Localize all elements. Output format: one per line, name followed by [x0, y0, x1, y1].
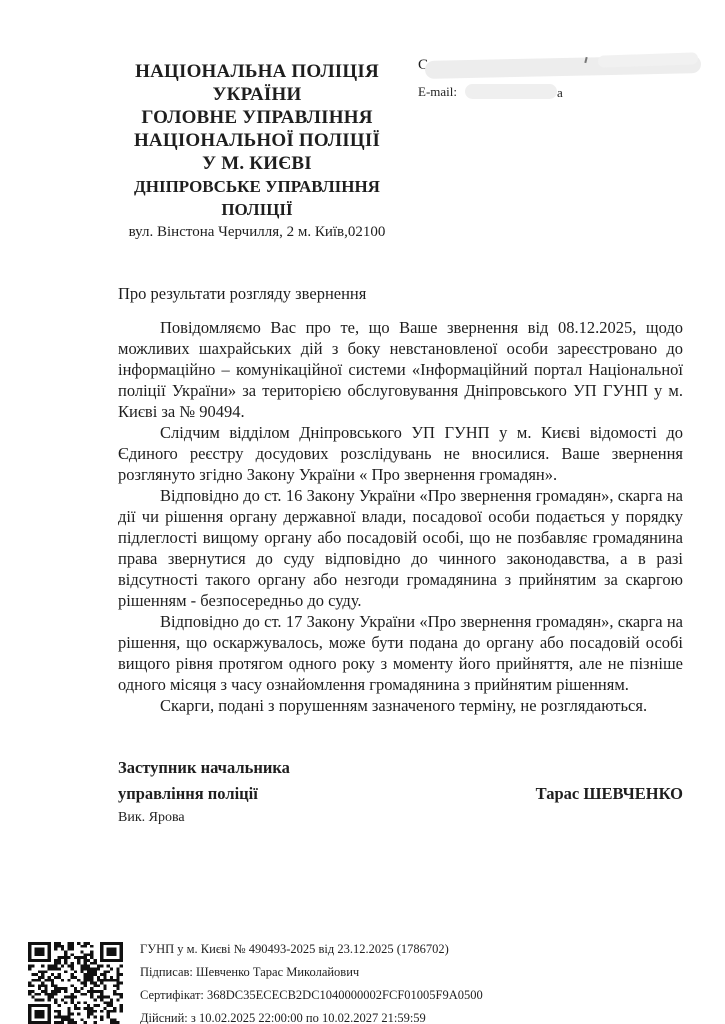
org-name-line: НАЦІОНАЛЬНОЇ ПОЛІЦІЇ — [118, 129, 396, 152]
redaction-bar — [465, 84, 557, 99]
paragraph: Скарги, подані з порушенням зазначеного … — [118, 695, 683, 716]
email-line: E-mail: a — [418, 84, 718, 104]
org-name-line: У М. КИЄВІ — [118, 152, 396, 175]
contact-block: С E-mail: a — [418, 57, 718, 104]
org-address: вул. Вінстона Черчилля, 2 м. Київ,02100 — [118, 222, 396, 242]
signatory-name: Тарас ШЕВЧЕНКО — [536, 781, 683, 807]
subject-line: Про результати розгляду звернення — [118, 284, 366, 304]
org-name-line: УКРАЇНИ — [118, 83, 396, 106]
email-label: E-mail: — [418, 84, 457, 99]
certificate-line: Сертифікат: 368DC35ECECB2DC1040000002FCF… — [140, 984, 680, 1007]
paragraph: Відповідно до ст. 17 Закону України «Про… — [118, 611, 683, 695]
org-department-line: ДНІПРОВСЬКЕ УПРАВЛІННЯ — [118, 175, 396, 198]
org-department-line: ПОЛІЦІЇ — [118, 198, 396, 221]
contact-line-redacted: С — [418, 57, 718, 84]
paragraph: Слідчим відділом Дніпровського УП ГУНП у… — [118, 422, 683, 485]
signature-block: Заступник начальника управління поліції … — [118, 755, 683, 807]
letterhead: НАЦІОНАЛЬНА ПОЛІЦІЯ УКРАЇНИ ГОЛОВНЕ УПРА… — [118, 60, 396, 242]
signatory-title-line: управління поліції — [118, 781, 290, 807]
qr-code — [28, 942, 123, 1024]
letter-body: Повідомляємо Вас про те, що Ваше звернен… — [118, 317, 683, 716]
document-page: НАЦІОНАЛЬНА ПОЛІЦІЯ УКРАЇНИ ГОЛОВНЕ УПРА… — [0, 0, 725, 1024]
executor-note: Вик. Ярова — [118, 810, 185, 826]
stamp-text: ГУНП у м. Києві № 490493-2025 від 23.12.… — [140, 938, 680, 1024]
email-visible-tail: a — [557, 85, 563, 101]
org-name-line: ГОЛОВНЕ УПРАВЛІННЯ — [118, 106, 396, 129]
paragraph: Повідомляємо Вас про те, що Ваше звернен… — [118, 317, 683, 422]
org-name-line: НАЦІОНАЛЬНА ПОЛІЦІЯ — [118, 60, 396, 83]
registration-line: ГУНП у м. Києві № 490493-2025 від 23.12.… — [140, 938, 680, 961]
signatory-title-line: Заступник начальника — [118, 755, 290, 781]
signatory-title: Заступник начальника управління поліції — [118, 755, 290, 807]
validity-line: Дійсний: з 10.02.2025 22:00:00 по 10.02.… — [140, 1007, 680, 1024]
paragraph: Відповідно до ст. 16 Закону України «Про… — [118, 485, 683, 611]
signer-line: Підписав: Шевченко Тарас Миколайович — [140, 961, 680, 984]
